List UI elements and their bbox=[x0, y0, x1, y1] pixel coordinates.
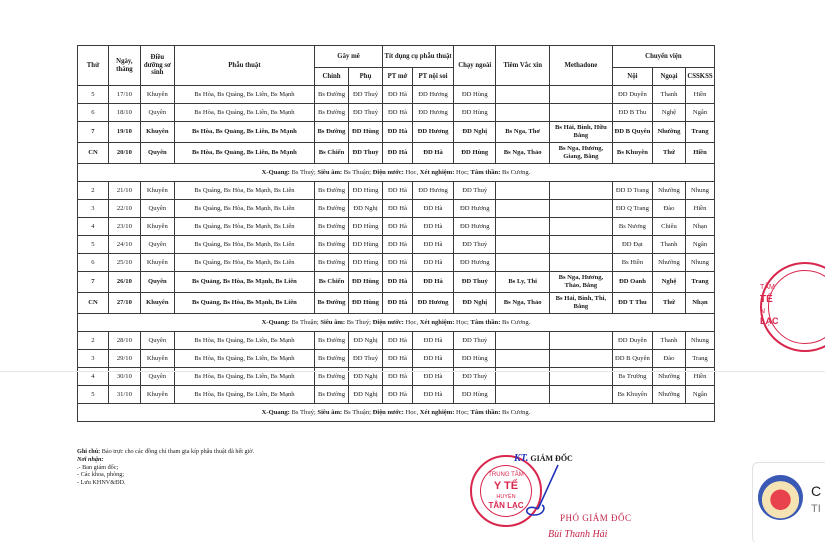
cell-csskss: Trang bbox=[685, 272, 714, 293]
cell-methadone bbox=[549, 254, 612, 272]
cell-pt: Bs Quảng, Bs Hòa, Bs Mạnh, Bs Liên bbox=[174, 200, 314, 218]
cell-ngay: 27/10 bbox=[108, 293, 140, 314]
cell-dd: Quyên bbox=[140, 104, 174, 122]
cell-ngoai: Thanh bbox=[653, 86, 686, 104]
cell-pt-noi-soi: ĐD Hà bbox=[412, 143, 453, 164]
cell-ngay: 24/10 bbox=[108, 236, 140, 254]
cell-phu: ĐD Hùng bbox=[349, 122, 383, 143]
cell-dd: Khuyên bbox=[140, 386, 174, 404]
cell-methadone bbox=[549, 218, 612, 236]
cell-chinh: Bs Đường bbox=[315, 200, 349, 218]
footer-notes: Ghi chú: Bảo trực cho các đồng chí tham … bbox=[77, 448, 254, 487]
cell-vac-xin bbox=[496, 182, 550, 200]
cell-vac-xin bbox=[496, 86, 550, 104]
cell-noi: ĐD Duyên bbox=[612, 332, 652, 350]
cell-pt: Bs Hòa, Bs Quảng, Bs Liên, Bs Mạnh bbox=[174, 86, 314, 104]
cell-dd: Khuyên bbox=[140, 122, 174, 143]
cell-chay-ngoai: ĐD Nghị bbox=[454, 293, 496, 314]
cell-pt: Bs Quảng, Bs Hòa, Bs Mạnh, Bs Liên bbox=[174, 272, 314, 293]
recipient-0: .- Ban giám đốc; bbox=[77, 464, 254, 472]
cell-thu: 7 bbox=[78, 122, 109, 143]
cell-pt-noi-soi: ĐD Hà bbox=[412, 254, 453, 272]
cell-methadone bbox=[549, 350, 612, 368]
cell-chinh: Bs Đường bbox=[315, 86, 349, 104]
cell-methadone bbox=[549, 86, 612, 104]
col-ngay-thang: Ngày, tháng bbox=[108, 46, 140, 86]
cell-ngoai: Nhường bbox=[653, 386, 686, 404]
header-row-1: Thứ Ngày, tháng Điều dưỡng sơ sinh Phẫu … bbox=[78, 46, 715, 68]
cell-pt: Bs Quảng, Bs Hòa, Bs Mạnh, Bs Liên bbox=[174, 293, 314, 314]
document-page: Thứ Ngày, tháng Điều dưỡng sơ sinh Phẫu … bbox=[0, 0, 825, 542]
table-row: 322/10QuyênBs Quảng, Bs Hòa, Bs Mạnh, Bs… bbox=[78, 200, 715, 218]
cell-thu: CN bbox=[78, 143, 109, 164]
table-row: 719/10KhuyênBs Hòa, Bs Quảng, Bs Liên, B… bbox=[78, 122, 715, 143]
cell-chinh: Bs Đường bbox=[315, 122, 349, 143]
cell-thu: 3 bbox=[78, 350, 109, 368]
cell-csskss: Trang bbox=[685, 122, 714, 143]
cell-pt-mo: ĐD Hà bbox=[383, 182, 413, 200]
cell-chay-ngoai: ĐD Thuỷ bbox=[454, 272, 496, 293]
cell-pt-mo: ĐD Hà bbox=[383, 86, 413, 104]
cell-ngay: 19/10 bbox=[108, 122, 140, 143]
cell-chinh: Bs Đường bbox=[315, 386, 349, 404]
cell-phu: ĐD Hùng bbox=[349, 272, 383, 293]
cell-phu: ĐD Thuỷ bbox=[349, 350, 383, 368]
cell-ngay: 20/10 bbox=[108, 143, 140, 164]
cell-methadone: Bs Nga, Hương, Thảo, Bằng bbox=[549, 272, 612, 293]
cell-methadone bbox=[549, 200, 612, 218]
cell-phu: ĐD Thuỷ bbox=[349, 104, 383, 122]
cell-dd: Quyên bbox=[140, 200, 174, 218]
cell-vac-xin bbox=[496, 200, 550, 218]
signature-block: TRUNG TÂM Y TẾ HUYỆN TÂN LẠC KT. GIÁM ĐỐ… bbox=[468, 449, 698, 542]
cell-chinh: Bs Chiến bbox=[315, 143, 349, 164]
cell-ngoai: Thanh bbox=[653, 332, 686, 350]
cell-pt: Bs Hòa, Bs Quảng, Bs Liên, Bs Mạnh bbox=[174, 122, 314, 143]
cell-ngay: 22/10 bbox=[108, 200, 140, 218]
cell-ngay: 23/10 bbox=[108, 218, 140, 236]
cell-chinh: Bs Đường bbox=[315, 104, 349, 122]
cell-csskss: Ngân bbox=[685, 236, 714, 254]
cell-pt-mo: ĐD Hà bbox=[383, 200, 413, 218]
cell-methadone bbox=[549, 104, 612, 122]
recipient-1: - Các khoa, phòng; bbox=[77, 471, 254, 479]
cell-dd: Khuyên bbox=[140, 254, 174, 272]
cell-csskss: Nhung bbox=[685, 182, 714, 200]
card-title: C bbox=[811, 483, 821, 499]
cell-thu: 7 bbox=[78, 272, 109, 293]
cell-thu: 2 bbox=[78, 332, 109, 350]
cell-chay-ngoai: ĐD Hùng bbox=[454, 143, 496, 164]
health-insurance-logo-icon bbox=[758, 475, 803, 520]
cell-ngoai: Nhường bbox=[653, 122, 686, 143]
cell-phu: ĐD Nghị bbox=[349, 386, 383, 404]
cell-pt: Bs Hòa, Bs Quảng, Bs Liên, Bs Mạnh bbox=[174, 104, 314, 122]
cell-pt-mo: ĐD Hà bbox=[383, 386, 413, 404]
cell-pt: Bs Quảng, Bs Hòa, Bs Mạnh, Bs Liên bbox=[174, 218, 314, 236]
table-row: 618/10QuyênBs Hòa, Bs Quảng, Bs Liên, Bs… bbox=[78, 104, 715, 122]
cell-chay-ngoai: ĐD Thuỷ bbox=[454, 332, 496, 350]
cell-chinh: Bs Đường bbox=[315, 236, 349, 254]
cell-phu: ĐD Thuỷ bbox=[349, 86, 383, 104]
cell-csskss: Nhung bbox=[685, 332, 714, 350]
cell-dd: Quyên bbox=[140, 143, 174, 164]
cell-pt-noi-soi: ĐD Hà bbox=[412, 272, 453, 293]
cell-pt-mo: ĐD Hà bbox=[383, 293, 413, 314]
cell-methadone bbox=[549, 332, 612, 350]
cell-ngay: 29/10 bbox=[108, 350, 140, 368]
cell-noi: Bs Khuyên bbox=[612, 143, 652, 164]
col-thu: Thứ bbox=[78, 46, 109, 86]
cell-vac-xin bbox=[496, 332, 550, 350]
cell-thu: 5 bbox=[78, 86, 109, 104]
cell-ngoai: Nghệ bbox=[653, 104, 686, 122]
cell-ngay: 18/10 bbox=[108, 104, 140, 122]
cell-csskss: Hiền bbox=[685, 86, 714, 104]
cell-ngoai: Đào bbox=[653, 350, 686, 368]
signer-name: Bùi Thanh Hải bbox=[548, 529, 607, 540]
cell-noi: ĐD Đạt bbox=[612, 236, 652, 254]
cell-phu: ĐD Hùng bbox=[349, 218, 383, 236]
col-dieu-duong: Điều dưỡng sơ sinh bbox=[140, 46, 174, 86]
cell-methadone bbox=[549, 386, 612, 404]
cell-csskss: Nhạn bbox=[685, 218, 714, 236]
week-support-note: X-Quang: Bs Thuý; Siêu âm: Bs Thuận; Điệ… bbox=[78, 404, 715, 422]
handwritten-signature-icon bbox=[516, 463, 596, 518]
cell-thu: 4 bbox=[78, 218, 109, 236]
cell-pt: Bs Quảng, Bs Hòa, Bs Mạnh, Bs Liên bbox=[174, 236, 314, 254]
col-methadone: Methadone bbox=[549, 46, 612, 86]
col-tu-dung-cu: Tít dụng cụ phẫu thuật bbox=[383, 46, 454, 68]
cell-noi: ĐD B Thu bbox=[612, 104, 652, 122]
cell-vac-xin bbox=[496, 218, 550, 236]
cell-methadone: Bs Nga, Hương, Giang, Bằng bbox=[549, 143, 612, 164]
duty-schedule-table: Thứ Ngày, tháng Điều dưỡng sơ sinh Phẫu … bbox=[77, 45, 715, 422]
table-row: 517/10KhuyênBs Hòa, Bs Quảng, Bs Liên, B… bbox=[78, 86, 715, 104]
col-gay-me-chinh: Chính bbox=[315, 68, 349, 86]
cell-methadone bbox=[549, 236, 612, 254]
cell-pt-mo: ĐD Hà bbox=[383, 272, 413, 293]
cell-dd: Khuyên bbox=[140, 350, 174, 368]
cell-chay-ngoai: ĐD Thuỷ bbox=[454, 236, 496, 254]
cell-phu: ĐD Nghị bbox=[349, 200, 383, 218]
cell-methadone: Bs Hải, Bình, Hữu Bằng bbox=[549, 122, 612, 143]
table-row: CN27/10KhuyênBs Quảng, Bs Hòa, Bs Mạnh, … bbox=[78, 293, 715, 314]
cell-noi: ĐD B Quyên bbox=[612, 122, 652, 143]
cell-noi: ĐD Q Trang bbox=[612, 200, 652, 218]
cell-csskss: Trang bbox=[685, 350, 714, 368]
cell-phu: ĐD Hùng bbox=[349, 254, 383, 272]
cell-chay-ngoai: ĐD Hùng bbox=[454, 86, 496, 104]
cell-pt-noi-soi: ĐD Hà bbox=[412, 350, 453, 368]
cell-vac-xin: Bs Nga, Thơ bbox=[496, 122, 550, 143]
col-ngoai: Ngoại bbox=[653, 68, 686, 86]
cell-phu: ĐD Hùng bbox=[349, 236, 383, 254]
cell-ngoai: Thanh bbox=[653, 236, 686, 254]
page-divider bbox=[0, 371, 825, 372]
cell-dd: Khuyên bbox=[140, 293, 174, 314]
cell-chinh: Bs Chiến bbox=[315, 272, 349, 293]
cell-pt-mo: ĐD Hà bbox=[383, 332, 413, 350]
ghi-chu: Ghi chú: Bảo trực cho các đồng chí tham … bbox=[77, 448, 254, 456]
cell-chay-ngoai: ĐD Nghị bbox=[454, 122, 496, 143]
cell-noi: Bs Hiền bbox=[612, 254, 652, 272]
cell-ngay: 31/10 bbox=[108, 386, 140, 404]
col-pt-noi-soi: PT nội soi bbox=[412, 68, 453, 86]
cell-pt-noi-soi: ĐD Hà bbox=[412, 200, 453, 218]
cell-dd: Quyên bbox=[140, 272, 174, 293]
cell-phu: ĐD Thuỷ bbox=[349, 143, 383, 164]
table-row: 625/10KhuyênBs Quảng, Bs Hòa, Bs Mạnh, B… bbox=[78, 254, 715, 272]
cell-ngay: 26/10 bbox=[108, 272, 140, 293]
cell-chinh: Bs Đường bbox=[315, 350, 349, 368]
cell-thu: 5 bbox=[78, 236, 109, 254]
card-subtitle: TI bbox=[811, 503, 821, 515]
cell-pt-noi-soi: ĐD Hà bbox=[412, 218, 453, 236]
cell-ngoai: Thứ bbox=[653, 293, 686, 314]
cell-thu: 3 bbox=[78, 200, 109, 218]
table-row: 531/10KhuyênBs Hòa, Bs Quảng, Bs Liên, B… bbox=[78, 386, 715, 404]
cell-vac-xin bbox=[496, 236, 550, 254]
cell-vac-xin: Bs Nga, Thảo bbox=[496, 293, 550, 314]
cell-pt-mo: ĐD Hà bbox=[383, 104, 413, 122]
cell-thu: 2 bbox=[78, 182, 109, 200]
cell-pt-noi-soi: ĐD Hương bbox=[412, 182, 453, 200]
cell-vac-xin: Bs Nga, Thảo bbox=[496, 143, 550, 164]
table-row: 423/10KhuyênBs Quảng, Bs Hòa, Bs Mạnh, B… bbox=[78, 218, 715, 236]
cell-dd: Khuyên bbox=[140, 182, 174, 200]
cell-pt-mo: ĐD Hà bbox=[383, 236, 413, 254]
cell-chinh: Bs Đường bbox=[315, 254, 349, 272]
table-row: 726/10QuyênBs Quảng, Bs Hòa, Bs Mạnh, Bs… bbox=[78, 272, 715, 293]
week-support-note: X-Quang: Bs Thuận; Siêu âm: Bs Thuý; Điệ… bbox=[78, 314, 715, 332]
cell-vac-xin: Bs Ly, Thi bbox=[496, 272, 550, 293]
recipient-2: - Lưu KHNV&ĐD. bbox=[77, 479, 254, 487]
cell-thu: CN bbox=[78, 293, 109, 314]
side-card[interactable]: C TI bbox=[752, 462, 825, 542]
col-pt-mo: PT mở bbox=[383, 68, 413, 86]
cell-thu: 6 bbox=[78, 104, 109, 122]
cell-pt: Bs Quảng, Bs Hòa, Bs Mạnh, Bs Liên bbox=[174, 182, 314, 200]
cell-dd: Quyên bbox=[140, 236, 174, 254]
col-chay-ngoai: Chạy ngoài bbox=[454, 46, 496, 86]
cell-methadone bbox=[549, 182, 612, 200]
cell-noi: Bs Khuyên bbox=[612, 386, 652, 404]
cell-pt: Bs Hòa, Bs Quảng, Bs Liên, Bs Mạnh bbox=[174, 143, 314, 164]
cell-thu: 5 bbox=[78, 386, 109, 404]
table-row: 228/10QuyênBs Hòa, Bs Quảng, Bs Liên, Bs… bbox=[78, 332, 715, 350]
cell-phu: ĐD Nghị bbox=[349, 332, 383, 350]
cell-phu: ĐD Hùng bbox=[349, 182, 383, 200]
cell-pt-noi-soi: ĐD Hà bbox=[412, 386, 453, 404]
cell-csskss: Nhung bbox=[685, 254, 714, 272]
table-row: 221/10KhuyênBs Quảng, Bs Hòa, Bs Mạnh, B… bbox=[78, 182, 715, 200]
cell-noi: ĐD T Thu bbox=[612, 293, 652, 314]
noi-nhan-label: Nơi nhận: bbox=[77, 456, 254, 464]
col-noi: Nội bbox=[612, 68, 652, 86]
cell-ngoai: Nhường bbox=[653, 182, 686, 200]
cell-ngoai: Nghệ bbox=[653, 272, 686, 293]
cell-csskss: Ngân bbox=[685, 104, 714, 122]
table-row: 329/10KhuyênBs Hòa, Bs Quảng, Bs Liên, B… bbox=[78, 350, 715, 368]
cell-pt-noi-soi: ĐD Hương bbox=[412, 104, 453, 122]
cell-dd: Khuyên bbox=[140, 86, 174, 104]
cell-ngoai: Chiêu bbox=[653, 218, 686, 236]
cell-pt-noi-soi: ĐD Hà bbox=[412, 332, 453, 350]
cell-methadone: Bs Hải, Bình, Thi, Bằng bbox=[549, 293, 612, 314]
cell-chinh: Bs Đường bbox=[315, 332, 349, 350]
week-support-note: X-Quang: Bs Thuý; Siêu âm: Bs Thuận; Điệ… bbox=[78, 164, 715, 182]
cell-pt-mo: ĐD Hà bbox=[383, 218, 413, 236]
cell-csskss: Hiền bbox=[685, 200, 714, 218]
cell-chay-ngoai: ĐD Thuỷ bbox=[454, 182, 496, 200]
cell-noi: ĐD D Trang bbox=[612, 182, 652, 200]
cell-chay-ngoai: ĐD Hùng bbox=[454, 350, 496, 368]
col-gay-me: Gây mê bbox=[315, 46, 383, 68]
cell-ngay: 28/10 bbox=[108, 332, 140, 350]
cell-csskss: Ngân bbox=[685, 386, 714, 404]
cell-noi: ĐD Duyên bbox=[612, 86, 652, 104]
cell-dd: Khuyên bbox=[140, 218, 174, 236]
cell-vac-xin bbox=[496, 350, 550, 368]
cell-vac-xin bbox=[496, 254, 550, 272]
cell-chay-ngoai: ĐD Hùng bbox=[454, 104, 496, 122]
cell-pt-mo: ĐD Hà bbox=[383, 143, 413, 164]
cell-ngay: 21/10 bbox=[108, 182, 140, 200]
cell-pt-noi-soi: ĐD Hương bbox=[412, 122, 453, 143]
cell-pt-mo: ĐD Hà bbox=[383, 122, 413, 143]
cell-chinh: Bs Đường bbox=[315, 218, 349, 236]
cell-csskss: Nhạn bbox=[685, 293, 714, 314]
cell-thu: 6 bbox=[78, 254, 109, 272]
cell-vac-xin bbox=[496, 386, 550, 404]
cell-ngoai: Đào bbox=[653, 200, 686, 218]
cell-ngoai: Thứ bbox=[653, 143, 686, 164]
cell-chay-ngoai: ĐD Hương bbox=[454, 200, 496, 218]
side-stamp-partial: TÂM TẾ N LẠC bbox=[760, 262, 825, 352]
cell-noi: Bs Nương bbox=[612, 218, 652, 236]
table-row: CN20/10QuyênBs Hòa, Bs Quảng, Bs Liên, B… bbox=[78, 143, 715, 164]
cell-csskss: Hiền bbox=[685, 143, 714, 164]
deputy-title: PHÓ GIÁM ĐỐC bbox=[560, 513, 632, 523]
cell-pt-noi-soi: ĐD Hương bbox=[412, 86, 453, 104]
col-tiem-vac-xin: Tiêm Vắc xin bbox=[496, 46, 550, 86]
cell-ngay: 25/10 bbox=[108, 254, 140, 272]
cell-chay-ngoai: ĐD Hùng bbox=[454, 386, 496, 404]
cell-noi: ĐD Oanh bbox=[612, 272, 652, 293]
cell-pt: Bs Hòa, Bs Quảng, Bs Liên, Bs Mạnh bbox=[174, 386, 314, 404]
col-gay-me-phu: Phụ bbox=[349, 68, 383, 86]
cell-chay-ngoai: ĐD Hương bbox=[454, 254, 496, 272]
table-row: 524/10QuyênBs Quảng, Bs Hòa, Bs Mạnh, Bs… bbox=[78, 236, 715, 254]
cell-phu: ĐD Hùng bbox=[349, 293, 383, 314]
cell-pt-noi-soi: ĐD Hà bbox=[412, 236, 453, 254]
cell-ngay: 17/10 bbox=[108, 86, 140, 104]
cell-dd: Quyên bbox=[140, 332, 174, 350]
cell-pt-mo: ĐD Hà bbox=[383, 350, 413, 368]
cell-vac-xin bbox=[496, 104, 550, 122]
cell-ngoai: Nhường bbox=[653, 254, 686, 272]
col-csskss: CSSKSS bbox=[685, 68, 714, 86]
cell-chinh: Bs Đường bbox=[315, 293, 349, 314]
cell-pt-mo: ĐD Hà bbox=[383, 254, 413, 272]
cell-pt: Bs Hòa, Bs Quảng, Bs Liên, Bs Mạnh bbox=[174, 332, 314, 350]
col-chuyen-vien: Chuyển viện bbox=[612, 46, 714, 68]
cell-chay-ngoai: ĐD Hương bbox=[454, 218, 496, 236]
col-phau-thuat: Phẫu thuật bbox=[174, 46, 314, 86]
cell-pt: Bs Quảng, Bs Hòa, Bs Mạnh, Bs Liên bbox=[174, 254, 314, 272]
cell-chinh: Bs Đường bbox=[315, 182, 349, 200]
cell-pt-noi-soi: ĐD Hương bbox=[412, 293, 453, 314]
cell-noi: ĐD B Quyên bbox=[612, 350, 652, 368]
cell-pt: Bs Hòa, Bs Quảng, Bs Liên, Bs Mạnh bbox=[174, 350, 314, 368]
